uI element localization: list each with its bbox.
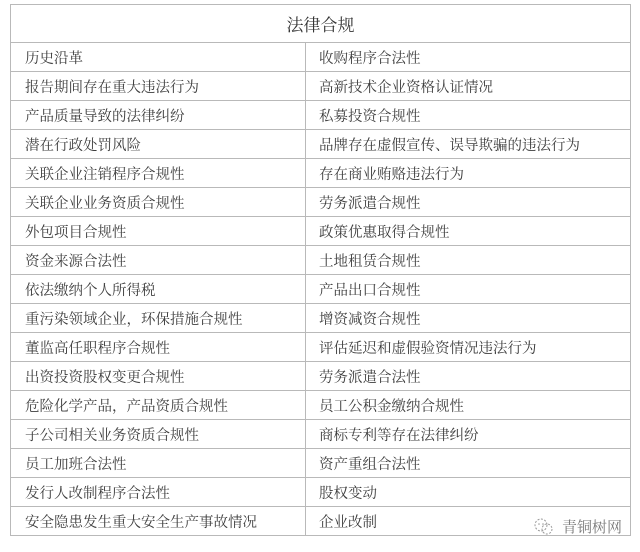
- table-cell-right: 评估延迟和虚假验资情况违法行为: [306, 333, 631, 362]
- table-cell-left: 出资投资股权变更合规性: [11, 362, 306, 391]
- table-cell-left: 产品质量导致的法律纠纷: [11, 101, 306, 130]
- table-row: 重污染领域企业，环保措施合规性增资减资合规性: [11, 304, 631, 333]
- table-header-row: 法律合规: [11, 5, 631, 43]
- table-row: 依法缴纳个人所得税产品出口合规性: [11, 275, 631, 304]
- table-cell-right: 增资减资合规性: [306, 304, 631, 333]
- table-cell-right: 政策优惠取得合规性: [306, 217, 631, 246]
- table-row: 员工加班合法性资产重组合法性: [11, 449, 631, 478]
- table-cell-right: 员工公积金缴纳合规性: [306, 391, 631, 420]
- table-cell-right: 劳务派遣合规性: [306, 188, 631, 217]
- table-title: 法律合规: [11, 5, 631, 43]
- table-cell-right: 收购程序合法性: [306, 43, 631, 72]
- table-cell-left: 报告期间存在重大违法行为: [11, 72, 306, 101]
- table-cell-left: 董监高任职程序合规性: [11, 333, 306, 362]
- table-row: 产品质量导致的法律纠纷私募投资合规性: [11, 101, 631, 130]
- table-cell-right: 私募投资合规性: [306, 101, 631, 130]
- table-cell-left: 依法缴纳个人所得税: [11, 275, 306, 304]
- table-cell-left: 安全隐患发生重大安全生产事故情况: [11, 507, 306, 536]
- table-cell-right: 高新技术企业资格认证情况: [306, 72, 631, 101]
- wechat-icon: [532, 518, 556, 536]
- legal-compliance-table-container: 法律合规 历史沿革收购程序合法性报告期间存在重大违法行为高新技术企业资格认证情况…: [10, 4, 630, 536]
- table-row: 危险化学产品，产品资质合规性员工公积金缴纳合规性: [11, 391, 631, 420]
- table-cell-left: 员工加班合法性: [11, 449, 306, 478]
- table-cell-left: 关联企业业务资质合规性: [11, 188, 306, 217]
- table-cell-left: 危险化学产品，产品资质合规性: [11, 391, 306, 420]
- table-body: 历史沿革收购程序合法性报告期间存在重大违法行为高新技术企业资格认证情况产品质量导…: [11, 43, 631, 536]
- table-cell-left: 重污染领域企业，环保措施合规性: [11, 304, 306, 333]
- legal-compliance-table: 法律合规 历史沿革收购程序合法性报告期间存在重大违法行为高新技术企业资格认证情况…: [10, 4, 631, 536]
- table-row: 子公司相关业务资质合规性商标专利等存在法律纠纷: [11, 420, 631, 449]
- table-cell-right: 商标专利等存在法律纠纷: [306, 420, 631, 449]
- table-cell-left: 外包项目合规性: [11, 217, 306, 246]
- table-row: 出资投资股权变更合规性劳务派遣合法性: [11, 362, 631, 391]
- watermark-text: 青铜树网: [562, 516, 622, 537]
- table-cell-right: 品牌存在虚假宣传、误导欺骗的违法行为: [306, 130, 631, 159]
- table-row: 历史沿革收购程序合法性: [11, 43, 631, 72]
- table-cell-right: 股权变动: [306, 478, 631, 507]
- table-cell-right: 劳务派遣合法性: [306, 362, 631, 391]
- table-cell-right: 土地租赁合规性: [306, 246, 631, 275]
- table-row: 发行人改制程序合法性股权变动: [11, 478, 631, 507]
- table-row: 外包项目合规性政策优惠取得合规性: [11, 217, 631, 246]
- table-cell-left: 子公司相关业务资质合规性: [11, 420, 306, 449]
- table-row: 资金来源合法性土地租赁合规性: [11, 246, 631, 275]
- table-cell-right: 资产重组合法性: [306, 449, 631, 478]
- table-row: 董监高任职程序合规性评估延迟和虚假验资情况违法行为: [11, 333, 631, 362]
- table-cell-left: 资金来源合法性: [11, 246, 306, 275]
- table-row: 报告期间存在重大违法行为高新技术企业资格认证情况: [11, 72, 631, 101]
- table-cell-right: 存在商业贿赂违法行为: [306, 159, 631, 188]
- table-cell-left: 潜在行政处罚风险: [11, 130, 306, 159]
- watermark: 青铜树网: [532, 516, 622, 537]
- table-row: 潜在行政处罚风险品牌存在虚假宣传、误导欺骗的违法行为: [11, 130, 631, 159]
- table-cell-left: 历史沿革: [11, 43, 306, 72]
- table-row: 关联企业注销程序合规性存在商业贿赂违法行为: [11, 159, 631, 188]
- table-cell-left: 关联企业注销程序合规性: [11, 159, 306, 188]
- table-row: 关联企业业务资质合规性劳务派遣合规性: [11, 188, 631, 217]
- table-cell-right: 产品出口合规性: [306, 275, 631, 304]
- table-cell-left: 发行人改制程序合法性: [11, 478, 306, 507]
